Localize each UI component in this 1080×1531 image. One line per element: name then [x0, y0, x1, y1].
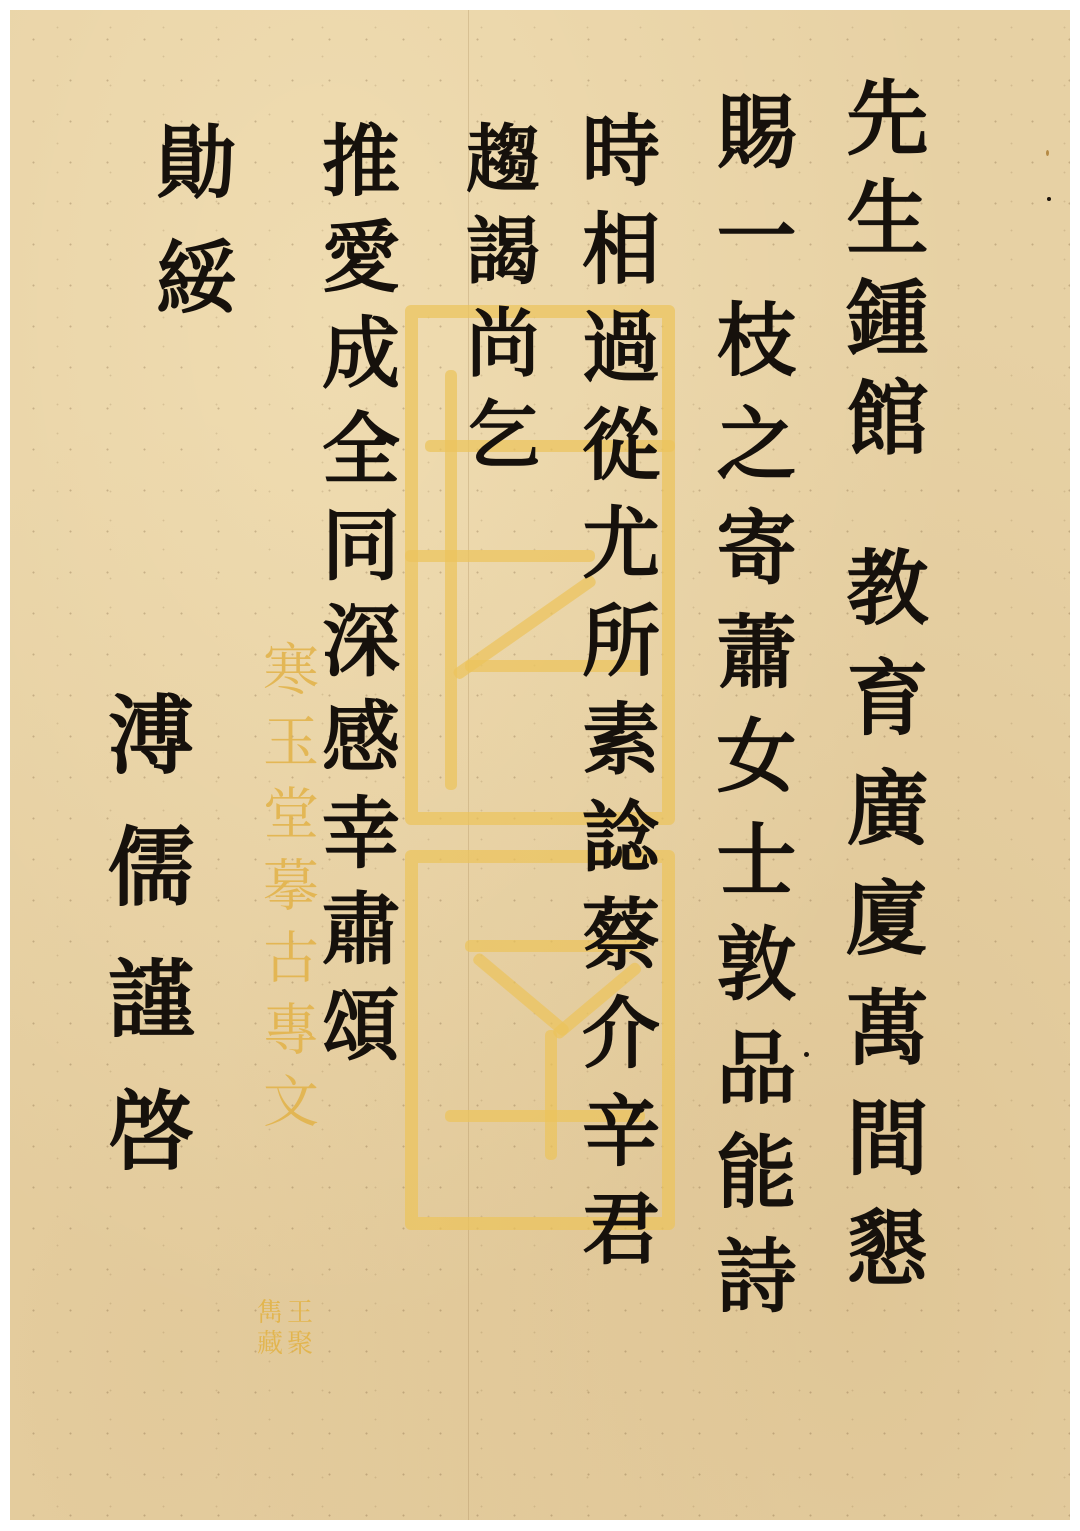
letter-column-5: 推愛成全同深感幸肅頌: [315, 120, 393, 1080]
letter-column-3: 時相過從尤所素諗蔡介辛君: [575, 110, 653, 1286]
seal-char: 雋: [255, 1297, 285, 1328]
ink-spot: [1047, 197, 1051, 201]
watermark-stroke: [545, 1030, 557, 1160]
letter-column-1-top: 先生鍾館: [840, 75, 922, 475]
watermark-stroke: [405, 550, 595, 562]
letter-column-6: 勛綏: [150, 120, 230, 352]
letter-column-1-bottom: 教育廣廈萬間懇: [840, 545, 922, 1315]
seal-char: 王: [285, 1297, 315, 1328]
studio-inscription: 寒玉堂摹古專文: [258, 640, 314, 1144]
seal-stamp: 雋 王 藏 聚: [255, 1297, 315, 1359]
seal-char: 藏: [255, 1328, 285, 1359]
seal-char: 聚: [285, 1328, 315, 1359]
ink-spot: [804, 1052, 809, 1057]
letter-column-4: 趨謁尚乞: [460, 120, 534, 488]
paper-blemish: [1046, 150, 1049, 156]
letter-column-2: 賜一枝之寄蕭女士敦品能詩: [710, 90, 790, 1338]
signature: 溥儒謹啓: [100, 690, 186, 1218]
